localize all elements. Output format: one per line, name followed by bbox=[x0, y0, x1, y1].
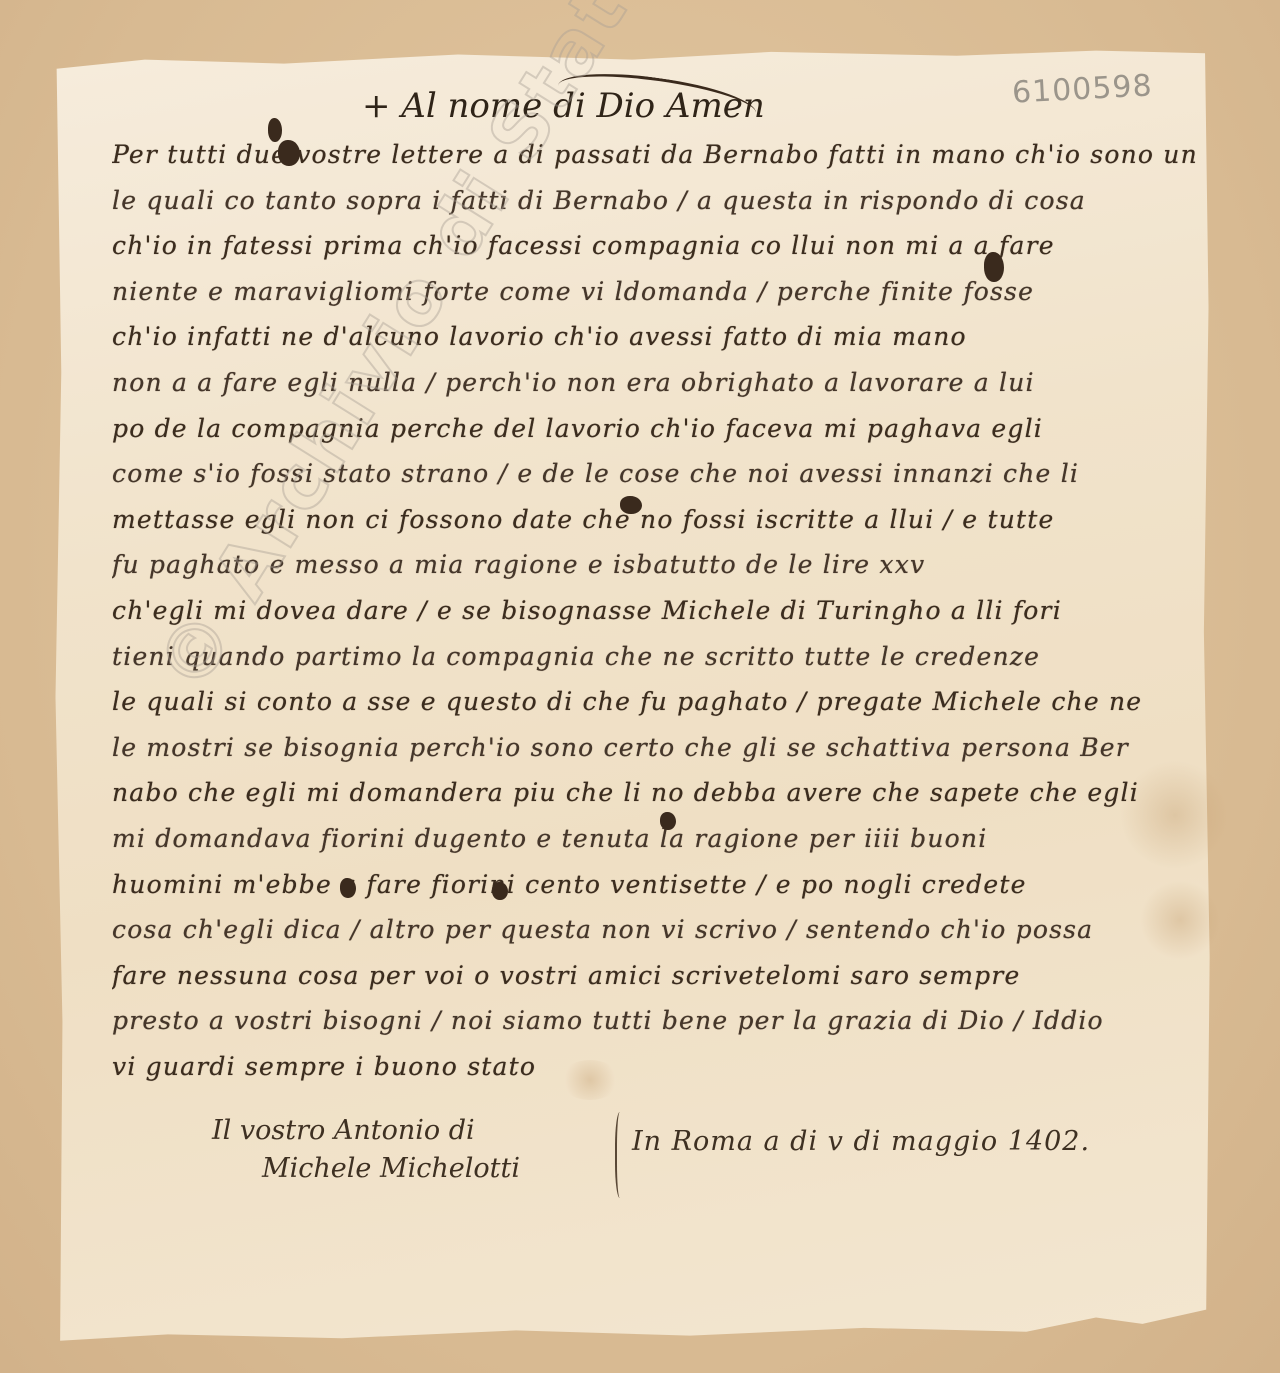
archive-number: 6100598 bbox=[1011, 68, 1153, 110]
text-line: non a a fare egli nulla / perch'io non e… bbox=[112, 360, 1202, 406]
text-line: vi guardi sempre i buono stato bbox=[112, 1044, 1202, 1090]
text-line: ch'io in fatessi prima ch'io facessi com… bbox=[112, 223, 1202, 269]
text-line: ch'egli mi dovea dare / e se bisognasse … bbox=[112, 588, 1202, 634]
ink-blot bbox=[278, 140, 300, 166]
invocation-heading: + Al nome di Dio Amen bbox=[362, 86, 765, 126]
signature-line-1: Il vostro Antonio di bbox=[212, 1112, 520, 1150]
text-line: mettasse egli non ci fossono date che no… bbox=[112, 497, 1202, 543]
text-line: fare nessuna cosa per voi o vostri amici… bbox=[112, 953, 1202, 999]
text-line: le mostri se bisognia perch'io sono cert… bbox=[112, 725, 1202, 771]
text-line: niente e maravigliomi forte come vi ldom… bbox=[112, 269, 1202, 315]
text-line: come s'io fossi stato strano / e de le c… bbox=[112, 451, 1202, 497]
signature-line-2: Michele Michelotti bbox=[212, 1150, 520, 1188]
text-line: fu paghato e messo a mia ragione e isbat… bbox=[112, 542, 1202, 588]
text-line: po de la compagnia perche del lavorio ch… bbox=[112, 406, 1202, 452]
text-line: ch'io infatti ne d'alcuno lavorio ch'io … bbox=[112, 314, 1202, 360]
text-line: huomini m'ebbe a fare fiorini cento vent… bbox=[112, 862, 1202, 908]
letter-body: Per tutti due vostre lettere a di passat… bbox=[112, 132, 1202, 1089]
ink-blot bbox=[620, 496, 642, 514]
text-line: mi domandava fiorini dugento e tenuta la… bbox=[112, 816, 1202, 862]
text-line: le quali co tanto sopra i fatti di Berna… bbox=[112, 178, 1202, 224]
signature-block: Il vostro Antonio di Michele Michelotti bbox=[212, 1112, 520, 1188]
text-line: presto a vostri bisogni / noi siamo tutt… bbox=[112, 998, 1202, 1044]
text-line: nabo che egli mi domandera piu che li no… bbox=[112, 770, 1202, 816]
text-line: cosa ch'egli dica / altro per questa non… bbox=[112, 907, 1202, 953]
ink-blot bbox=[984, 252, 1004, 282]
ink-blot bbox=[492, 882, 508, 900]
signature-brace bbox=[615, 1112, 627, 1198]
place-date: In Roma a di v di maggio 1402. bbox=[632, 1126, 1090, 1157]
text-line: le quali si conto a sse e questo di che … bbox=[112, 679, 1202, 725]
text-line: tieni quando partimo la compagnia che ne… bbox=[112, 634, 1202, 680]
ink-blot bbox=[268, 118, 282, 142]
ink-blot bbox=[340, 878, 356, 898]
ink-blot bbox=[660, 812, 676, 830]
